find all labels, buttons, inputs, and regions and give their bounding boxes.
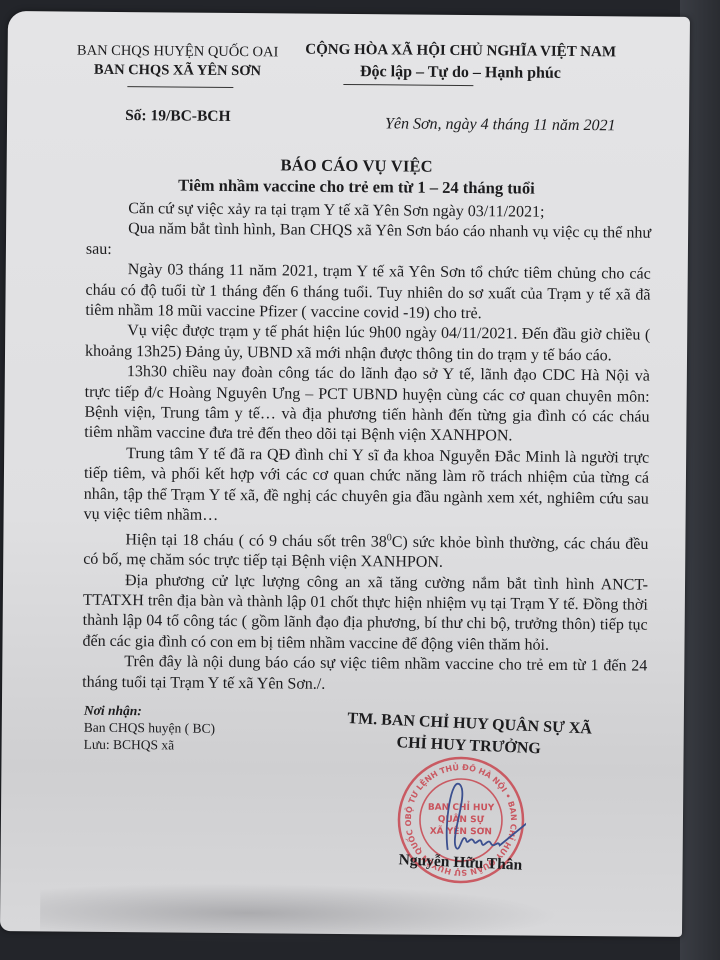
paragraph: Trung tâm Y tế đã ra QĐ đình chỉ Y sĩ đa… — [84, 444, 650, 531]
recipient-item: Ban CHQS huyện ( BC) — [84, 719, 215, 737]
paragraph: Trên đây là nội dung báo cáo sự việc tiê… — [82, 652, 647, 698]
paragraph-health-status: Hiện tại 18 cháu ( có 9 cháu sốt trên 38… — [83, 525, 648, 575]
motto: Độc lập – Tự do – Hạnh phúc — [290, 60, 630, 84]
paper-shadow — [40, 881, 561, 946]
header-left-rule — [127, 86, 233, 88]
organization-name: BAN CHQS XÃ YÊN SƠN — [67, 61, 287, 82]
recipients-label: Nơi nhận: — [84, 702, 215, 720]
parent-organization: BAN CHQS HUYỆN QUỐC OAI — [68, 42, 288, 63]
seal-inner-line: QUÂN SỰ — [438, 813, 485, 825]
paragraph: Qua năm bắt tình hình, Ban CHQS xã Yên S… — [86, 219, 651, 265]
recipients-block: Nơi nhận: Ban CHQS huyện ( BC) Lưu: BCHQ… — [84, 702, 216, 754]
document-page: BAN CHQS HUYỆN QUỐC OAI BAN CHQS XÃ YÊN … — [0, 11, 690, 937]
country-name: CỘNG HÒA XÃ HỘI CHỦ NGHĨA VIỆT NAM — [291, 39, 631, 63]
paragraph: Ngày 03 tháng 11 năm 2021, trạm Y tế xã … — [85, 260, 651, 326]
national-motto: CỘNG HÒA XÃ HỘI CHỦ NGHĨA VIỆT NAM Độc l… — [290, 39, 630, 84]
document-number: Số: 19/BC-BCH — [125, 107, 231, 126]
paragraph: Vụ việc được trạm y tế phát hiện lúc 9h0… — [85, 321, 650, 367]
paragraph: Địa phương cử lực lượng công an xã tăng … — [82, 570, 648, 657]
header-right-rule — [343, 84, 473, 86]
report-body: Căn cứ sự việc xảy ra tại trạm Y tế xã Y… — [82, 199, 651, 698]
seal-inner-line: XÃ YÊN SƠN — [430, 825, 492, 838]
recipient-item: Lưu: BCHQS xã — [84, 736, 215, 754]
paragraph: 13h30 chiều nay đoàn công tác do lãnh đạ… — [84, 362, 650, 449]
issuing-organization: BAN CHQS HUYỆN QUỐC OAI BAN CHQS XÃ YÊN … — [67, 42, 287, 82]
place-date: Yên Sơn, ngày 4 tháng 11 năm 2021 — [385, 115, 616, 135]
